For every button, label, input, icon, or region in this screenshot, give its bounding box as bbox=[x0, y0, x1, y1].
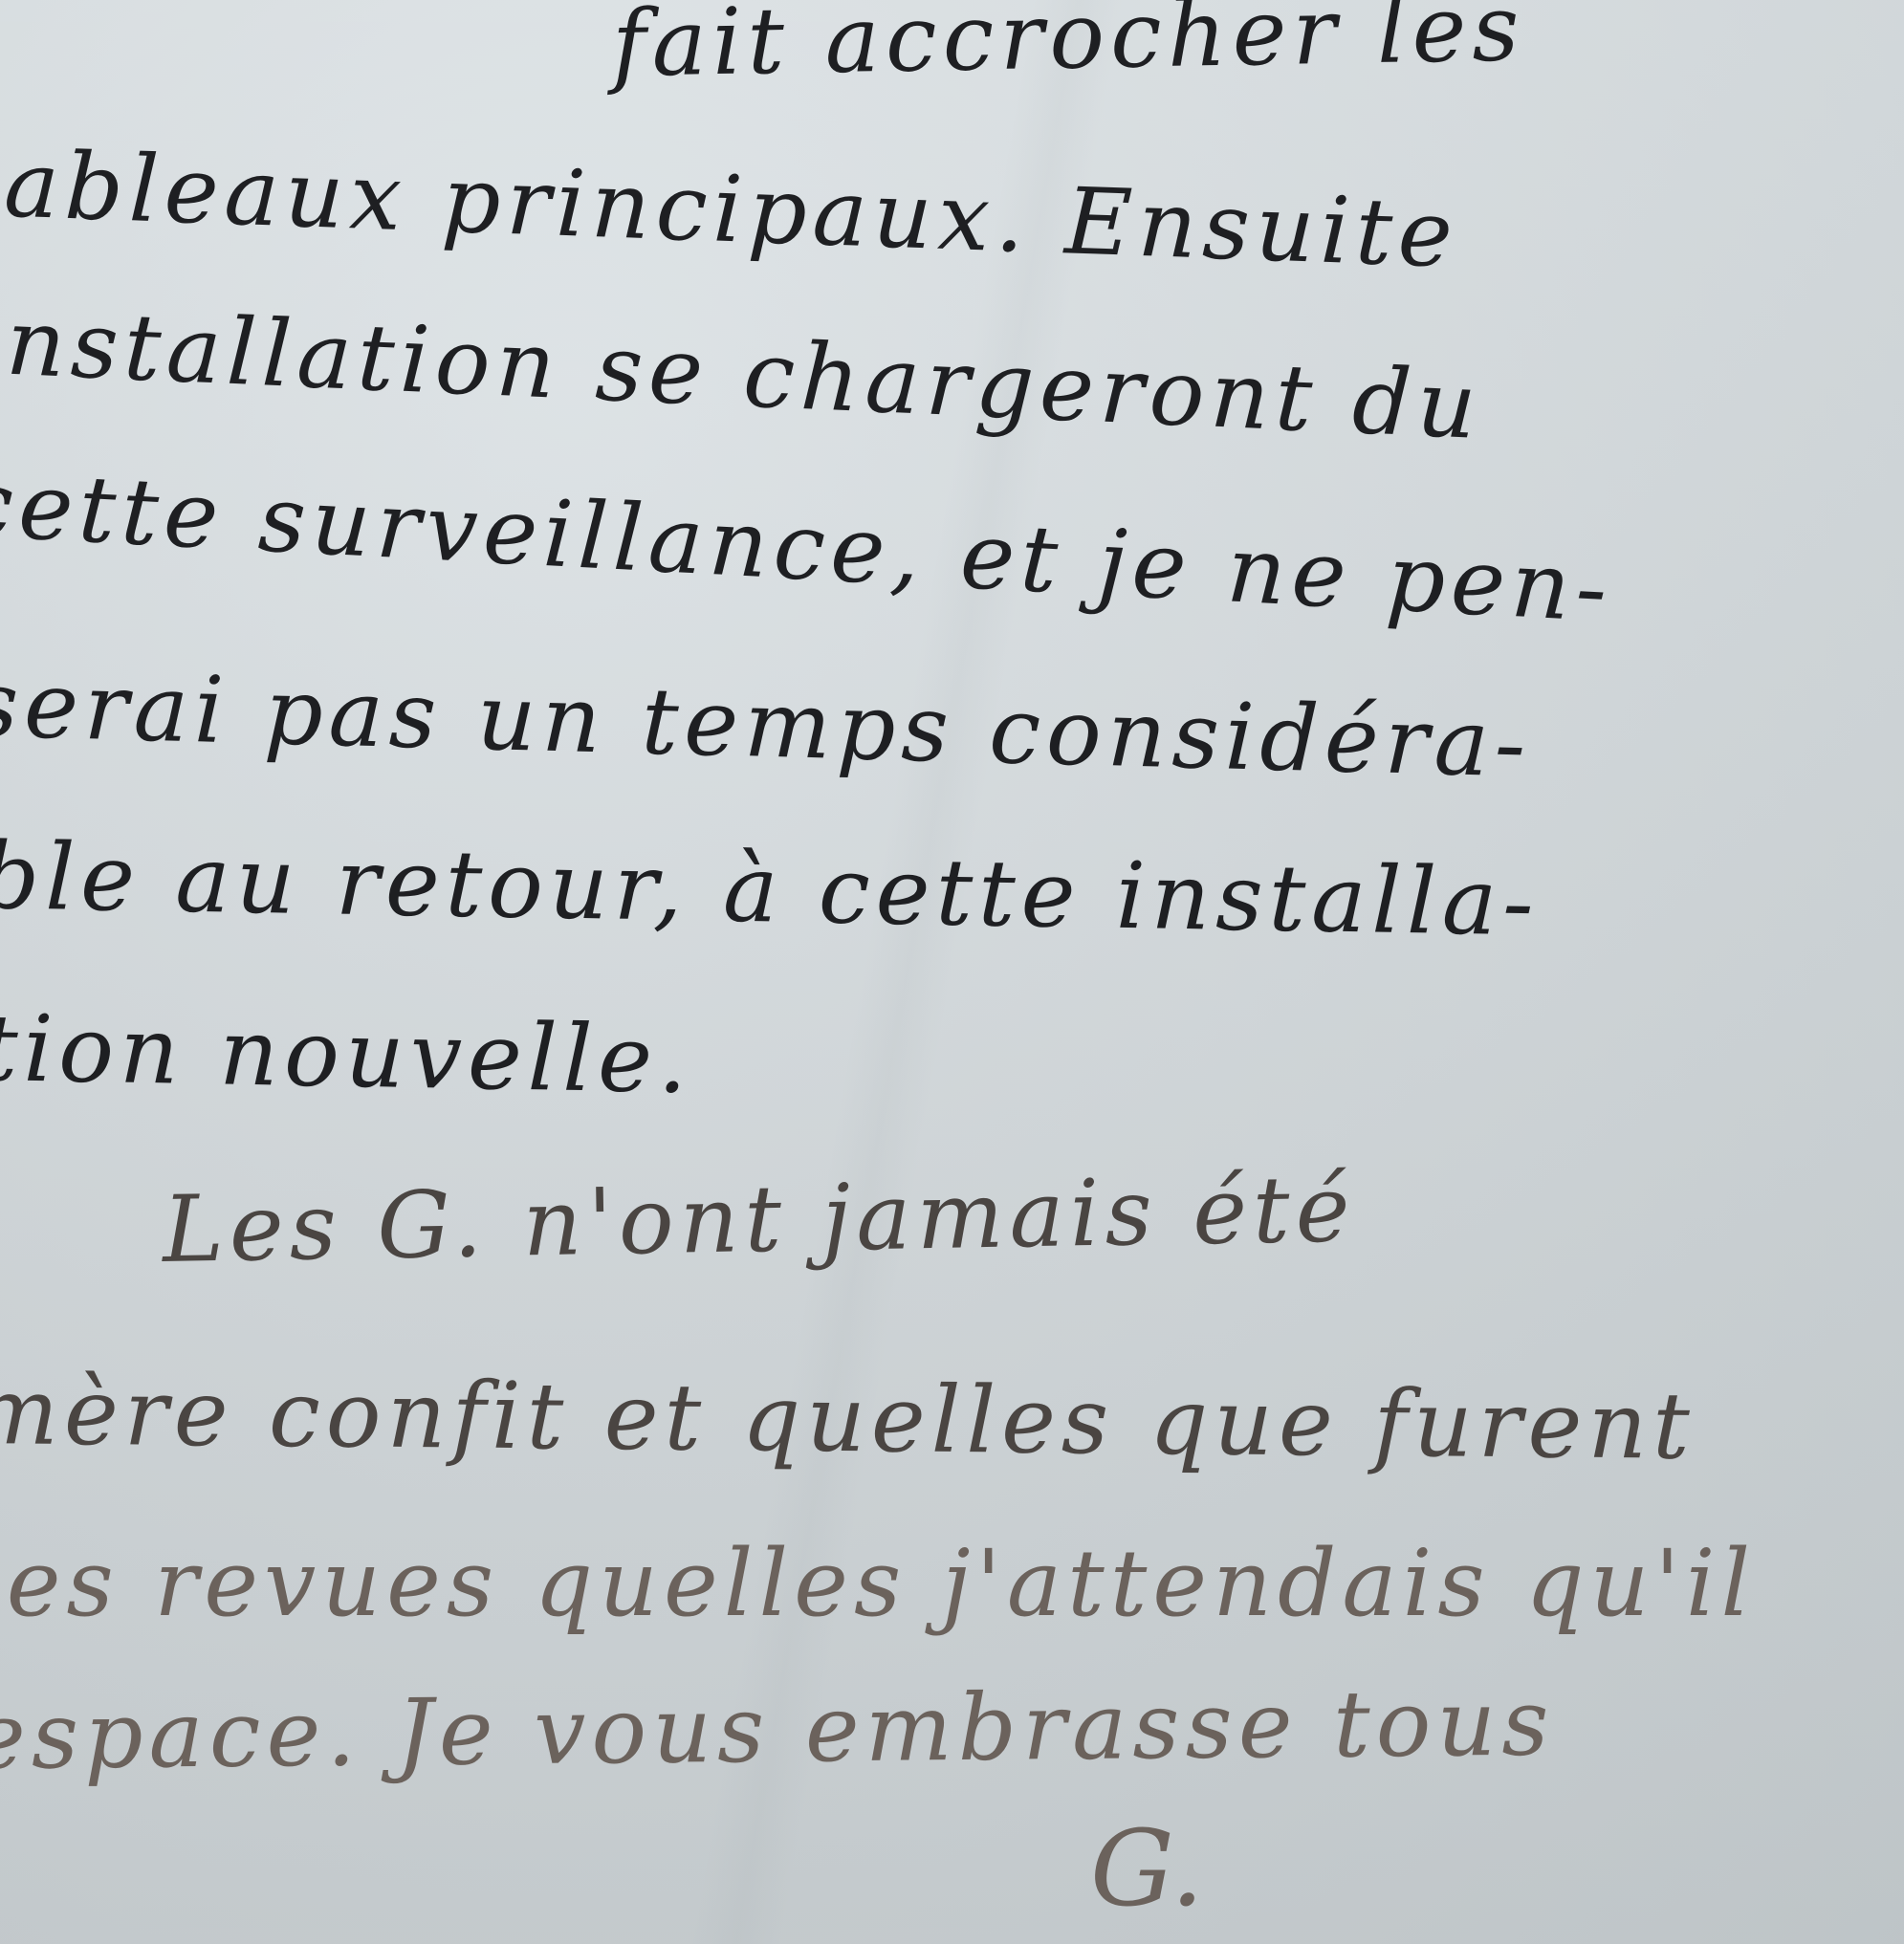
letter-line-11: espace. Je vous embrasse tous bbox=[0, 1670, 1555, 1790]
letter-line-7: tion nouvelle. bbox=[0, 994, 694, 1114]
letter-line-1: fait accrocher les bbox=[611, 0, 1525, 98]
letter-line-9: mère confit et quelles que furent bbox=[0, 1358, 1696, 1480]
letter-line-8: Les G. n'ont jamais été bbox=[162, 1155, 1356, 1283]
letter-line-4: cette surveillance, et je ne pen- bbox=[0, 449, 1615, 643]
letter-page: fait accrocher les tableaux principaux. … bbox=[0, 0, 1904, 1944]
letter-line-6: ble au retour, à cette installa- bbox=[0, 822, 1541, 956]
signature: G. bbox=[1090, 1807, 1204, 1930]
letter-line-5: serai pas un temps considéra- bbox=[0, 650, 1533, 798]
letter-line-2: tableaux principaux. Ensuite bbox=[0, 129, 1460, 289]
letter-line-10: les revues quelles j'attendais qu'il bbox=[0, 1530, 1756, 1637]
letter-line-3: installation se chargeront du bbox=[0, 287, 1484, 460]
